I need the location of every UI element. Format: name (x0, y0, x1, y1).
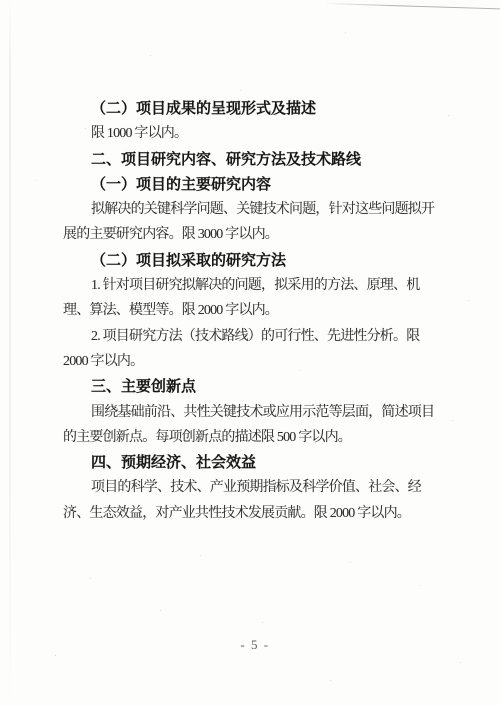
paragraph-line: 2. 项目研究方法（技术路线）的可行性、先进性分析。限 (63, 324, 441, 349)
section-heading: 三、主要创新点 (63, 374, 441, 399)
section-heading: （二）项目拟采取的研究方法 (63, 248, 441, 273)
paragraph-line: 项目的科学、技术、产业预期指标及科学价值、社会、经 (63, 475, 441, 500)
section-heading: 二、项目研究内容、研究方法及技术路线 (63, 147, 441, 172)
paragraph-line: 济、生态效益，对产业共性技术发展贡献。限 2000 字以内。 (63, 501, 441, 526)
scanned-document-page: （二）项目成果的呈现形式及描述 限 1000 字以内。 二、项目研究内容、研究方… (0, 0, 500, 706)
paragraph-line: 1. 针对项目研究拟解决的问题，拟采用的方法、原理、机 (63, 273, 441, 298)
paragraph-line: 的主要创新点。每项创新点的描述限 500 字以内。 (63, 425, 441, 450)
scan-artifact-line (327, 3, 500, 10)
paragraph-line: 围绕基础前沿、共性关键技术或应用示范等层面，简述项目 (63, 400, 441, 425)
section-heading: （二）项目成果的呈现形式及描述 (63, 96, 441, 121)
paragraph-line: 理、算法、模型等。限 2000 字以内。 (63, 298, 441, 323)
page-number: - 5 - (0, 637, 500, 653)
paragraph-line: 限 1000 字以内。 (63, 121, 441, 146)
paragraph-line: 拟解决的关键科学问题、关键技术问题，针对这些问题拟开 (63, 197, 441, 222)
section-heading: 四、预期经济、社会效益 (63, 450, 441, 475)
document-body: （二）项目成果的呈现形式及描述 限 1000 字以内。 二、项目研究内容、研究方… (63, 96, 441, 526)
scan-noise-speckles (0, 0, 1, 1)
scan-edge-shading (9, 0, 11, 706)
paragraph-line: 展的主要研究内容。限 3000 字以内。 (63, 222, 441, 247)
paragraph-line: 2000 字以内。 (63, 349, 441, 374)
section-heading: （一）项目的主要研究内容 (63, 172, 441, 197)
